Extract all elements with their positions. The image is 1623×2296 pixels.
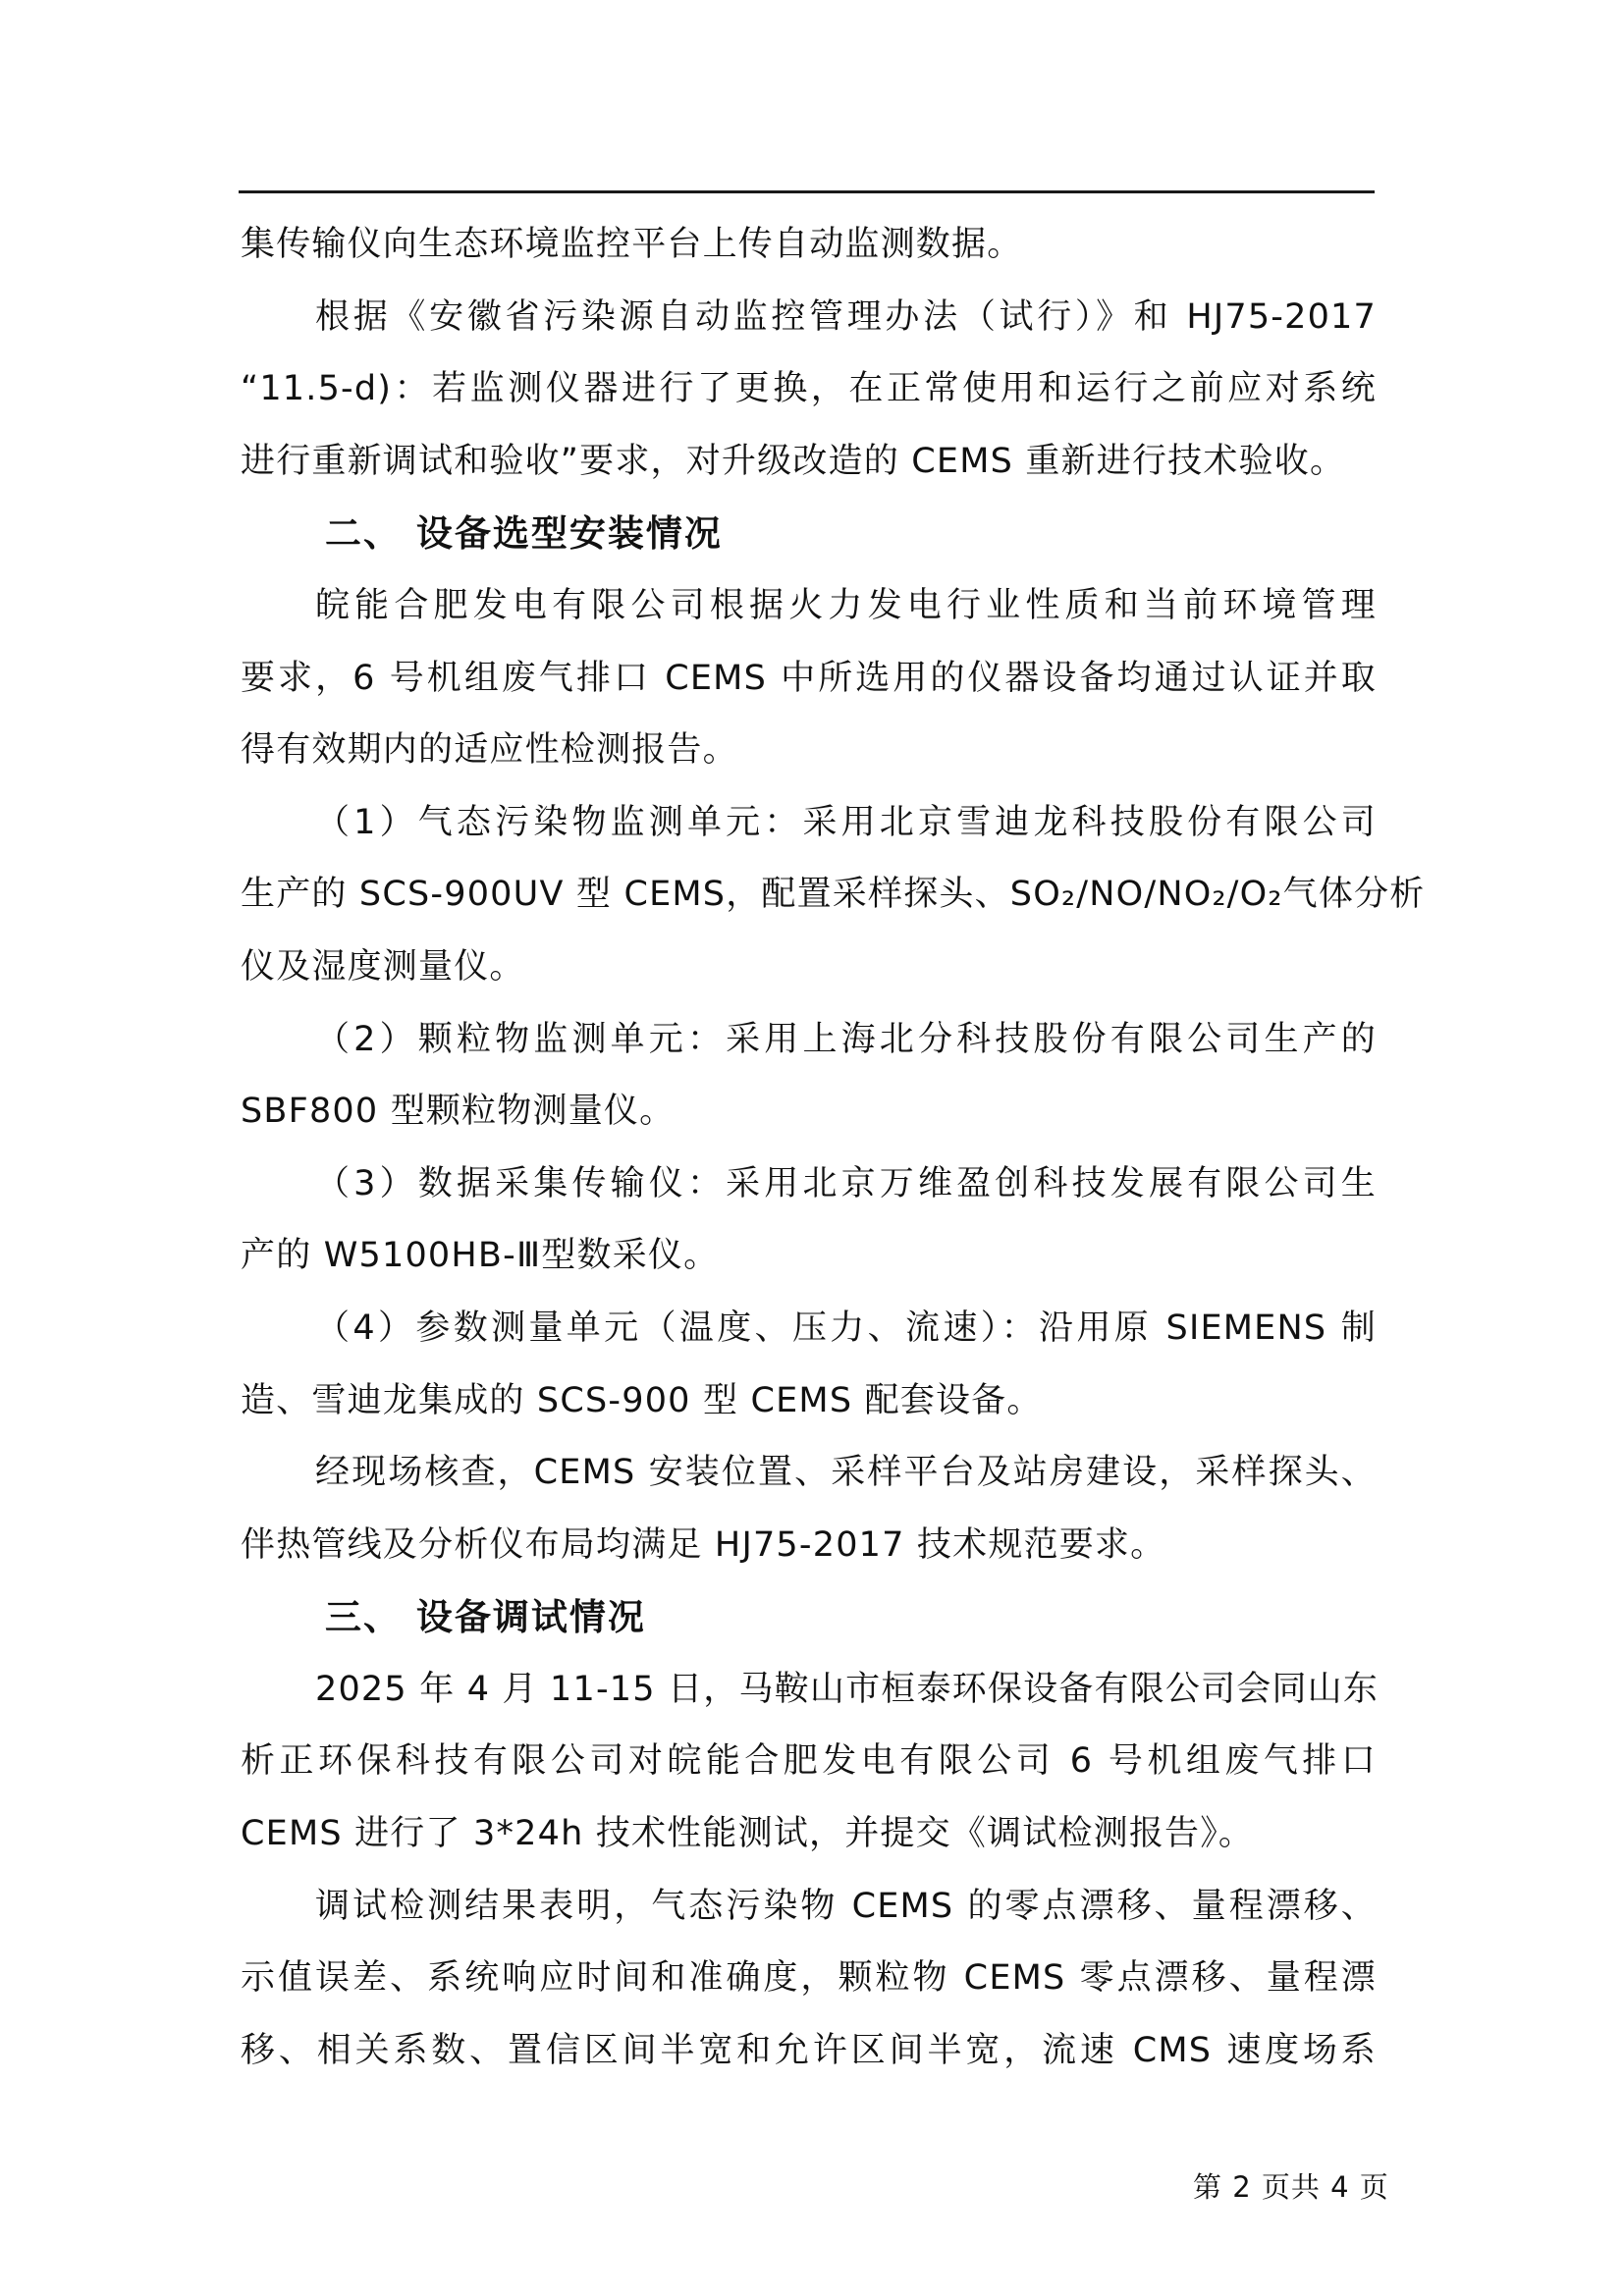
text-line-17: 造、雪迪龙集成的 SCS-900 型 CEMS 配套设备。 <box>241 1365 1377 1438</box>
text-line-15: 产的 W5100HB-Ⅲ型数采仪。 <box>241 1220 1377 1293</box>
text-line-2: 根据《安徽省污染源自动监控管理办法（试行）》和 HJ75-2017 <box>241 282 1377 354</box>
text-line-3: “11.5-d)：若监测仪器进行了更换，在正常使用和运行之前应对系统 <box>241 353 1377 426</box>
text-line-9: （1）气态污染物监测单元：采用北京雪迪龙科技股份有限公司 <box>241 787 1377 860</box>
text-line-23: CEMS 进行了 3*24h 技术性能测试，并提交《调试检测报告》。 <box>241 1798 1377 1871</box>
text-line-14: （3）数据采集传输仪：采用北京万维盈创科技发展有限公司生 <box>241 1148 1377 1221</box>
text-line-10: 生产的 SCS-900UV 型 CEMS，配置采样探头、SO₂/NO/NO₂/O… <box>241 859 1377 932</box>
section-heading-3: 三、 设备调试情况 <box>241 1581 1377 1654</box>
text-line-12: （2）颗粒物监测单元：采用上海北分科技股份有限公司生产的 <box>241 1004 1377 1077</box>
text-line-7: 要求，6 号机组废气排口 CEMS 中所选用的仪器设备均通过认证并取 <box>241 643 1377 716</box>
text-line-18: 经现场核查，CEMS 安装位置、采样平台及站房建设，采样探头、 <box>241 1437 1377 1510</box>
header-rule <box>239 190 1375 193</box>
text-line-11: 仪及湿度测量仪。 <box>241 932 1377 1004</box>
text-line-6: 皖能合肥发电有限公司根据火力发电行业性质和当前环境管理 <box>241 570 1377 643</box>
text-line-13: SBF800 型颗粒物测量仪。 <box>241 1076 1377 1148</box>
text-line-26: 移、相关系数、置信区间半宽和允许区间半宽，流速 CMS 速度场系 <box>241 2015 1377 2088</box>
text-line-24: 调试检测结果表明，气态污染物 CEMS 的零点漂移、量程漂移、 <box>241 1871 1377 1944</box>
text-line-21: 2025 年 4 月 11-15 日，马鞍山市桓泰环保设备有限公司会同山东 <box>241 1654 1377 1727</box>
section-heading-2: 二、 设备选型安装情况 <box>241 498 1377 570</box>
page-number: 第 2 页共 4 页 <box>1193 2165 1389 2206</box>
text-line-16: （4）参数测量单元（温度、压力、流速）：沿用原 SIEMENS 制 <box>241 1293 1377 1365</box>
text-line-1: 集传输仪向生态环境监控平台上传自动监测数据。 <box>241 209 1377 282</box>
text-line-22: 析正环保科技有限公司对皖能合肥发电有限公司 6 号机组废气排口 <box>241 1726 1377 1798</box>
text-line-19: 伴热管线及分析仪布局均满足 HJ75-2017 技术规范要求。 <box>241 1510 1377 1582</box>
text-line-8: 得有效期内的适应性检测报告。 <box>241 715 1377 787</box>
document-body: 集传输仪向生态环境监控平台上传自动监测数据。 根据《安徽省污染源自动监控管理办法… <box>241 209 1377 2087</box>
text-line-25: 示值误差、系统响应时间和准确度，颗粒物 CEMS 零点漂移、量程漂 <box>241 1943 1377 2015</box>
text-line-4: 进行重新调试和验收”要求，对升级改造的 CEMS 重新进行技术验收。 <box>241 426 1377 499</box>
